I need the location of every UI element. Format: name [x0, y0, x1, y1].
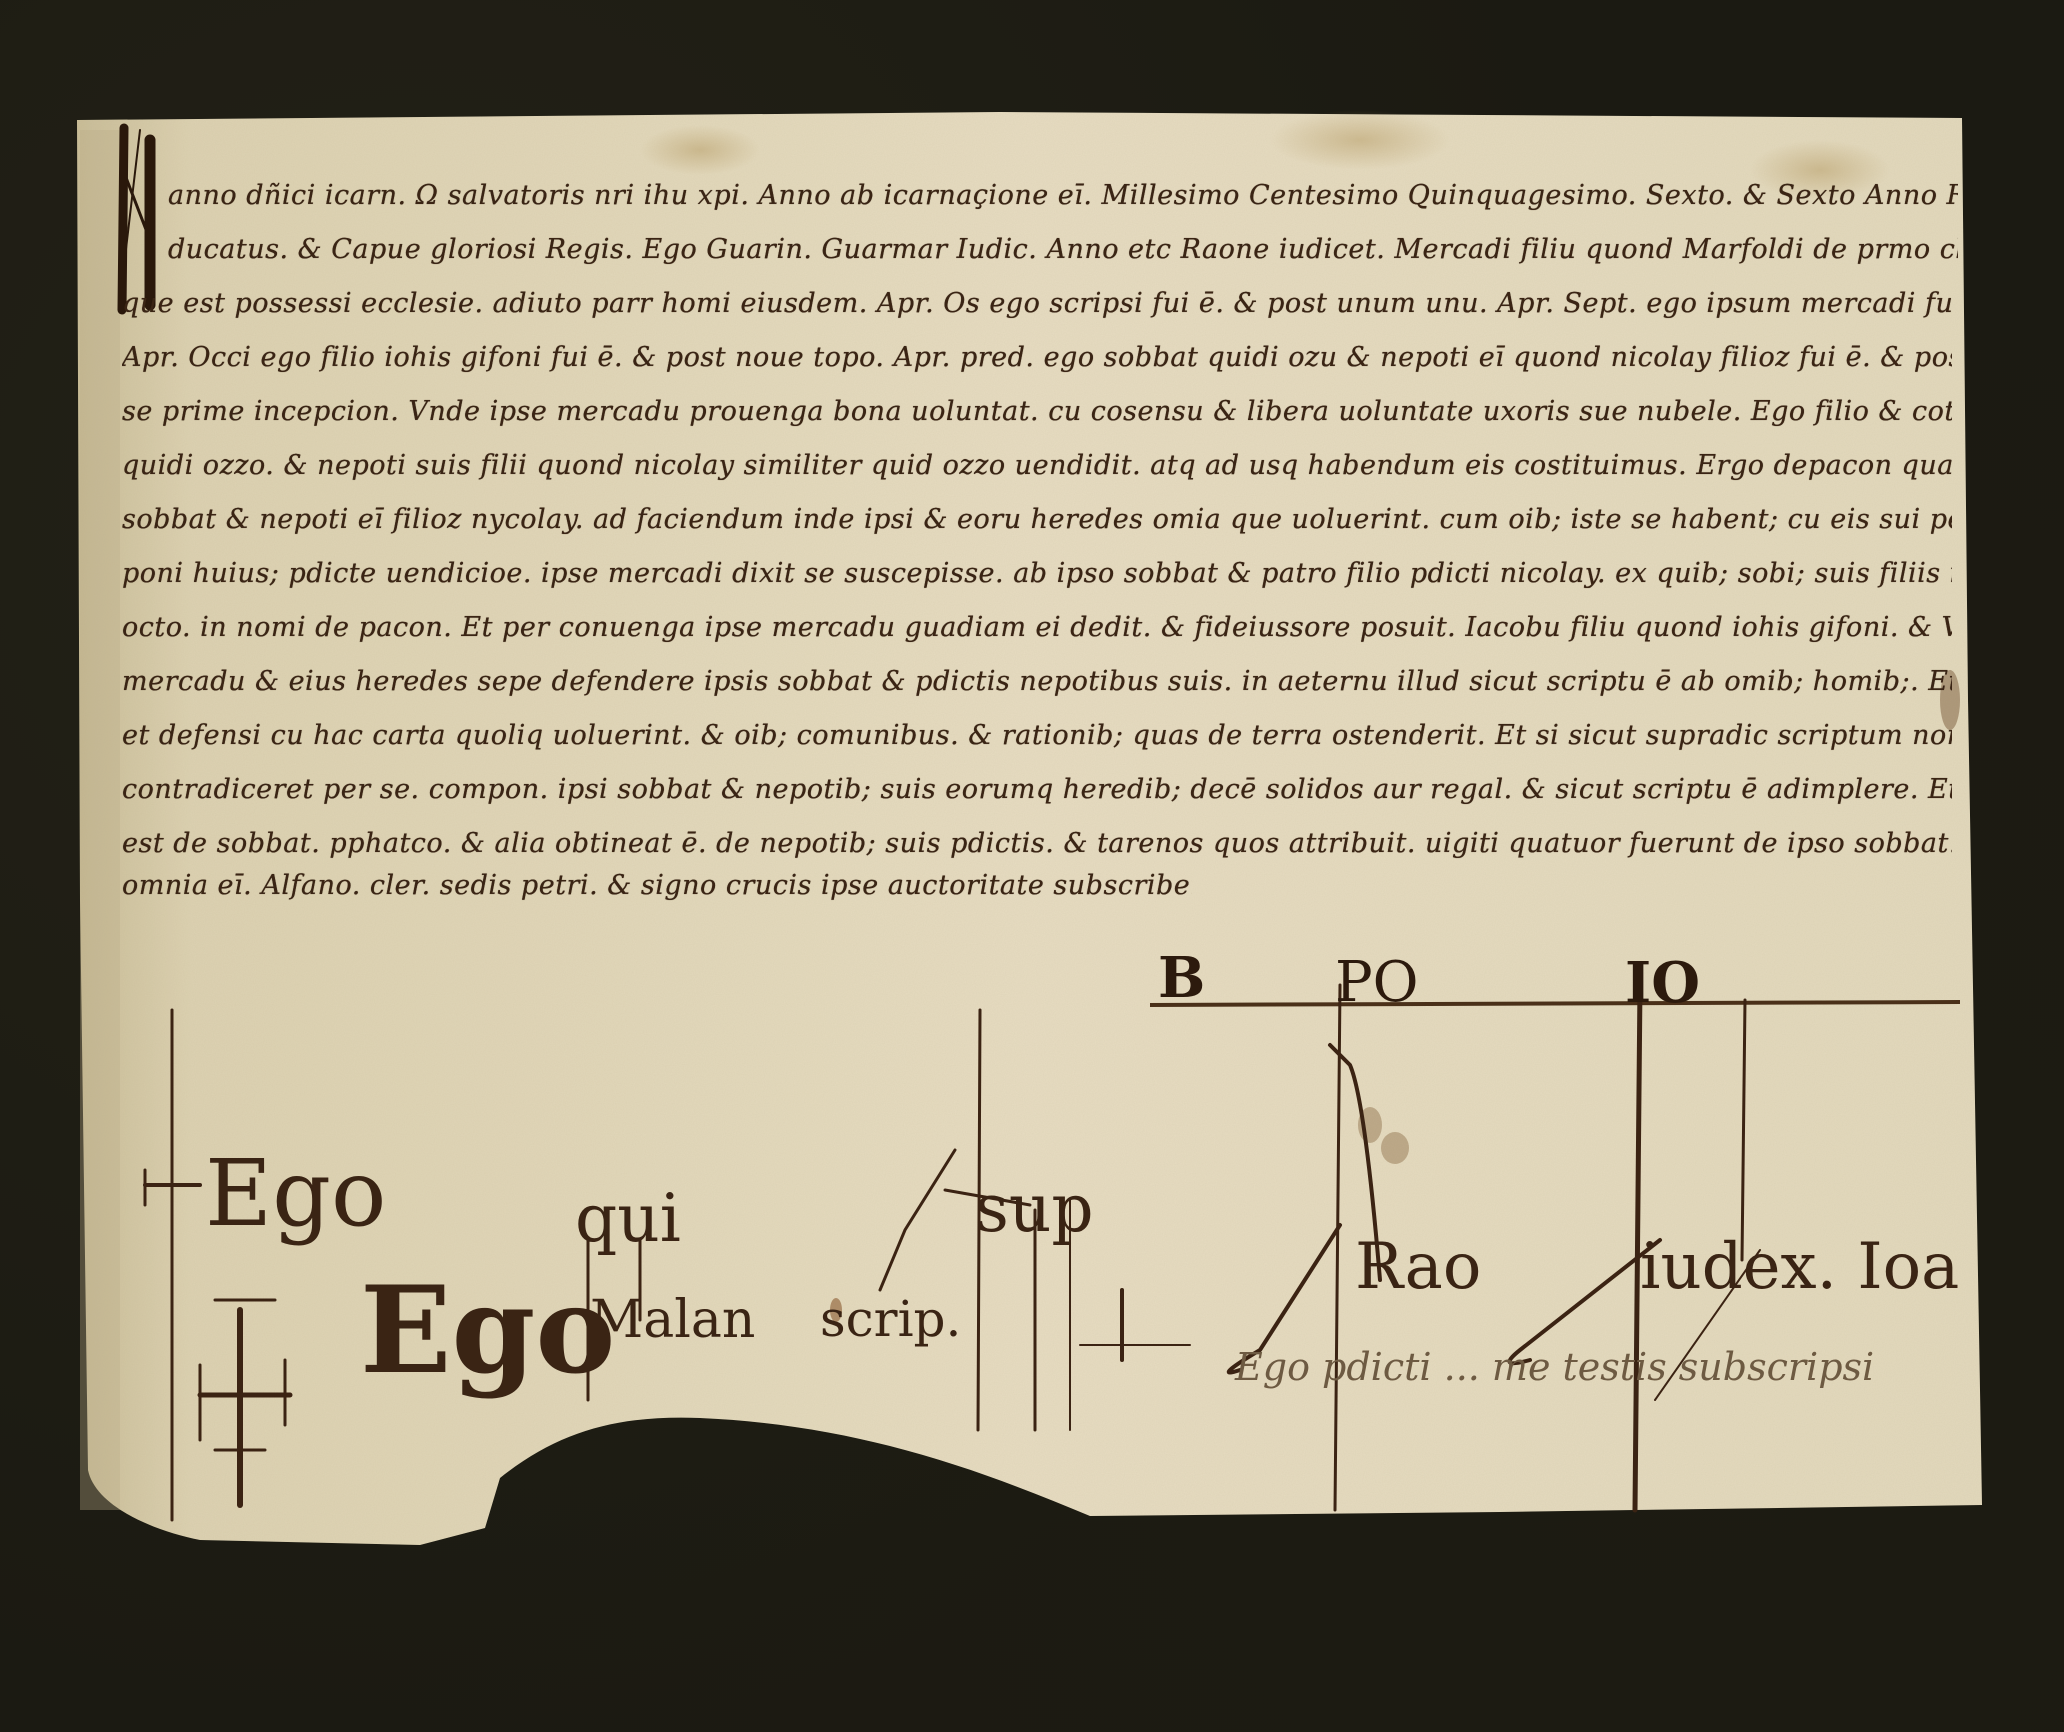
- parchment-sheet: [0, 0, 2064, 1732]
- charter-image: anno dñici icarn. Ω salvatoris nri ihu x…: [0, 0, 2064, 1732]
- parchment-outline: [77, 112, 1982, 1545]
